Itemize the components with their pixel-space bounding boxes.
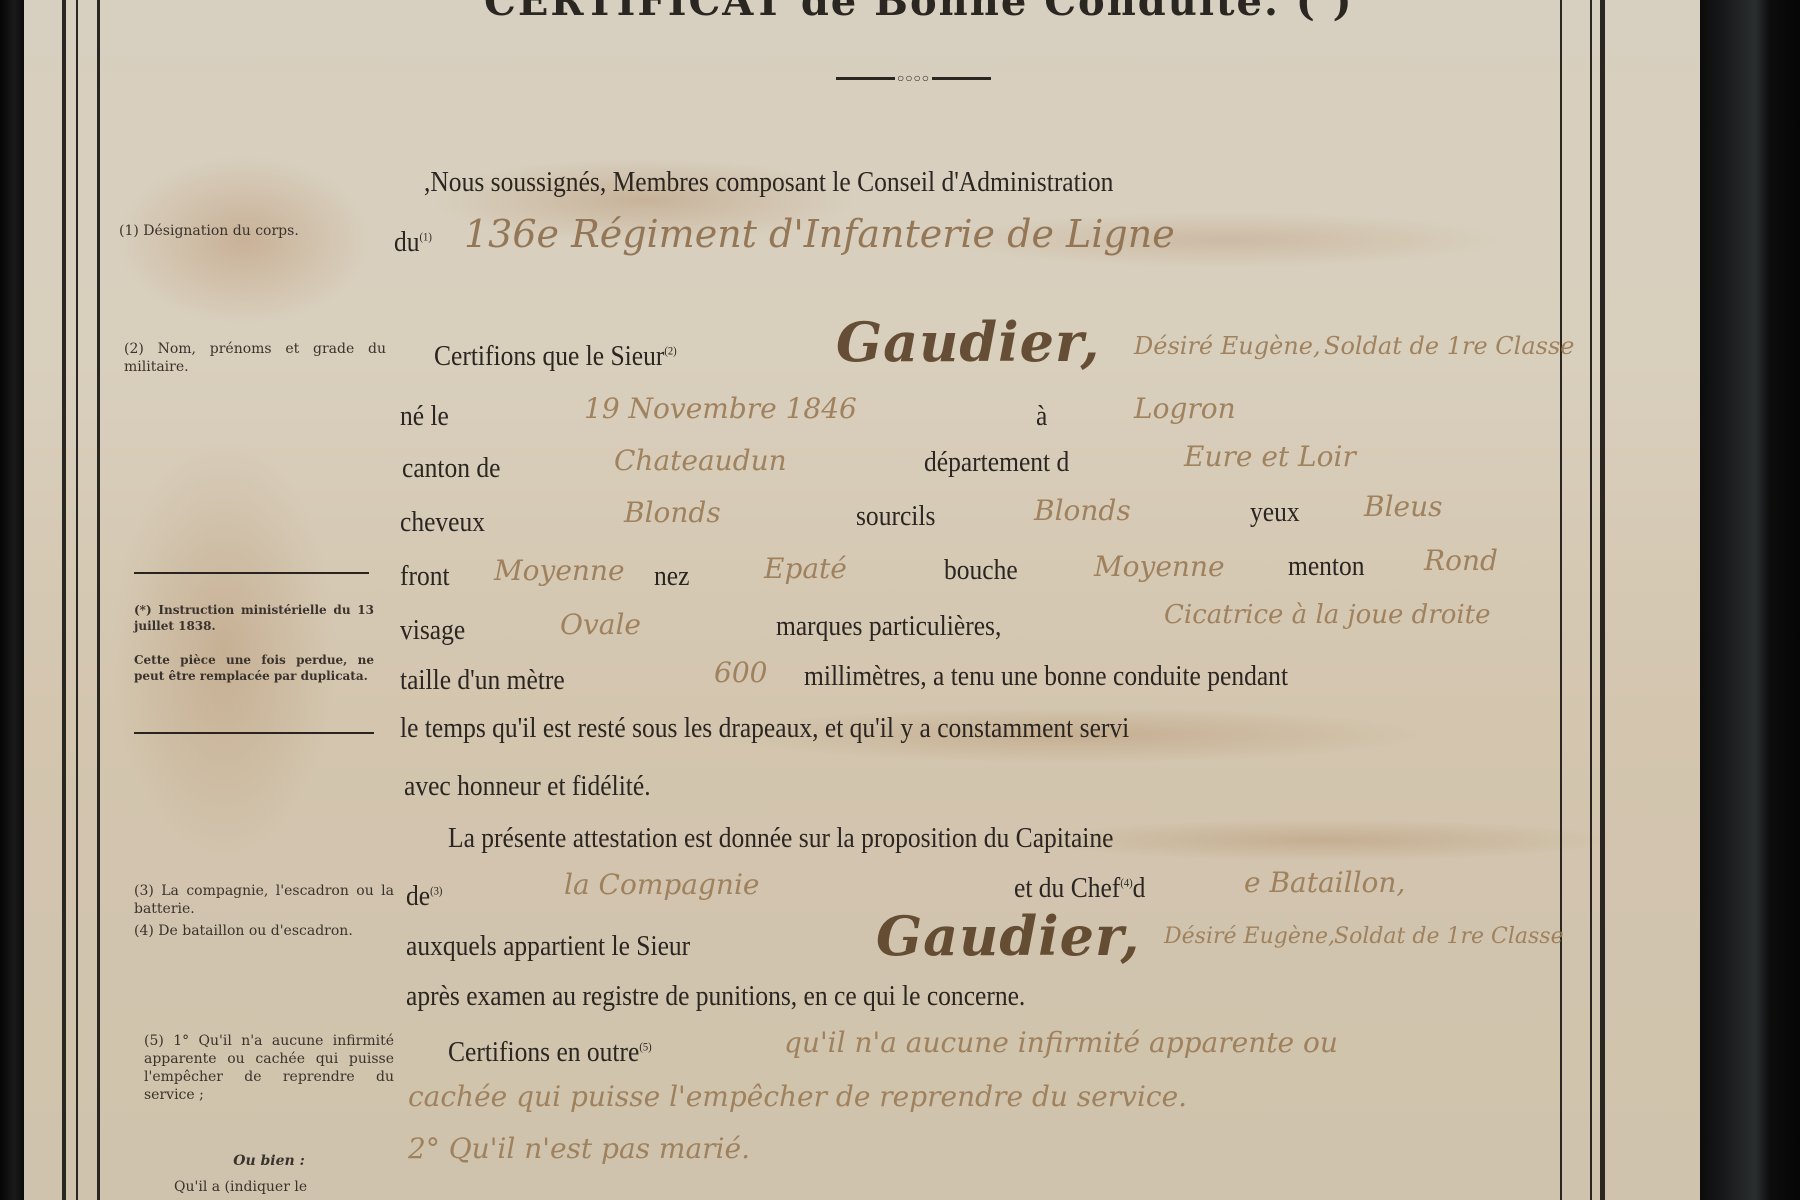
margin-note-1: (1) Désignation du corps.: [119, 222, 384, 240]
field-front: Moyenne: [494, 554, 625, 587]
margin-note-4: (4) De bataillon ou d'escadron.: [134, 922, 394, 940]
label-cheveux: cheveux: [400, 506, 485, 539]
field-birth-place: Logron: [1134, 392, 1236, 425]
divider: [134, 572, 369, 574]
border-rule: [1600, 0, 1605, 1200]
margin-note-duplicata: Cette pièce une fois perdue, ne peut êtr…: [134, 652, 374, 684]
label-yeux: yeux: [1250, 496, 1300, 529]
border-rule: [62, 0, 66, 1200]
field-outre-1: qu'il n'a aucune infirmité apparente ou: [784, 1026, 1338, 1059]
label-marques: marques particulières,: [776, 610, 1001, 643]
divider: [134, 732, 374, 734]
field-yeux: Bleus: [1364, 490, 1443, 523]
certificate-title: CERTIFICAT de Bonne Conduite. ( ): [484, 0, 1524, 25]
border-rule: [97, 0, 100, 1200]
field-taille: 600: [714, 656, 767, 689]
field-cheveux: Blonds: [624, 496, 721, 529]
field-departement: Eure et Loir: [1184, 440, 1356, 473]
certificate-paper: CERTIFICAT de Bonne Conduite. ( ) ○○○○ (…: [24, 0, 1700, 1200]
label-de: de(3): [406, 880, 442, 913]
field-chef: e Bataillon,: [1244, 866, 1405, 899]
picture-frame-left: [0, 0, 24, 1200]
field-birth-date: 19 Novembre 1846: [584, 392, 857, 425]
field-regiment: 136e Régiment d'Infanterie de Ligne: [464, 212, 1175, 256]
label-taille: taille d'un mètre: [400, 664, 565, 697]
margin-note-5: (5) 1° Qu'il n'a aucune infirmité appare…: [144, 1032, 394, 1104]
text-apres: après examen au registre de punitions, e…: [406, 980, 1025, 1013]
field-sourcils: Blonds: [1034, 494, 1131, 527]
field-marques: Cicatrice à la joue droite: [1164, 600, 1491, 630]
field-canton: Chateaudun: [614, 444, 787, 477]
ornament-icon: ○○○○: [895, 71, 932, 86]
label-du: du(1): [394, 226, 432, 259]
margin-note-ou-bien: Ou bien :: [144, 1152, 394, 1170]
field-given-names: Désiré Eugène,: [1134, 332, 1321, 360]
margin-note-instruction: (*) Instruction ministérielle du 13 juil…: [134, 602, 374, 634]
text-temps: le temps qu'il est resté sous les drapea…: [400, 712, 1129, 745]
field-visage: Ovale: [560, 608, 641, 641]
label-a: à: [1036, 400, 1047, 433]
label-menton: menton: [1288, 550, 1365, 583]
ornament-divider: ○○○○: [836, 72, 991, 84]
text-taille-suite: millimètres, a tenu une bonne conduite p…: [804, 660, 1288, 693]
label-visage: visage: [400, 614, 465, 647]
margin-note-3: (3) La compagnie, l'escadron ou la batte…: [134, 882, 394, 918]
field-surname: Gaudier,: [836, 310, 1100, 374]
label-sourcils: sourcils: [856, 500, 935, 533]
label-outre: Certifions en outre(5): [448, 1036, 652, 1069]
field-given-names-2: Désiré Eugène,: [1164, 924, 1335, 949]
field-rank-2: Soldat de 1re Classe: [1334, 924, 1564, 949]
field-outre-3: 2° Qu'il n'est pas marié.: [408, 1132, 750, 1165]
border-rule: [76, 0, 78, 1200]
border-rule: [1560, 0, 1562, 1200]
label-departement: département d: [924, 446, 1069, 479]
label-auxquels: auxquels appartient le Sieur: [406, 930, 690, 963]
label-bouche: bouche: [944, 554, 1018, 587]
intro-line: ,Nous soussignés, Membres composant le C…: [424, 166, 1113, 199]
label-chef: et du Chef(4)d: [1014, 872, 1145, 905]
text-attestation: La présente attestation est donnée sur l…: [448, 822, 1113, 855]
label-canton: canton de: [402, 452, 500, 485]
field-capitaine: la Compagnie: [564, 868, 759, 901]
field-bouche: Moyenne: [1094, 550, 1225, 583]
field-surname-2: Gaudier,: [876, 904, 1140, 968]
border-rule: [1590, 0, 1592, 1200]
field-rank: Soldat de 1re Classe: [1324, 332, 1574, 360]
label-ne-le: né le: [400, 400, 449, 433]
field-menton: Rond: [1424, 544, 1498, 577]
margin-note-indiquer: Qu'il a (indiquer le: [174, 1178, 404, 1196]
picture-frame-right: [1700, 0, 1800, 1200]
label-certifions: Certifions que le Sieur(2): [434, 340, 677, 373]
text-honneur: avec honneur et fidélité.: [404, 770, 651, 803]
field-outre-2: cachée qui puisse l'empêcher de reprendr…: [408, 1080, 1187, 1113]
margin-note-2: (2) Nom, prénoms et grade du militaire.: [124, 340, 386, 376]
label-nez: nez: [654, 560, 689, 593]
field-nez: Epaté: [764, 552, 847, 585]
label-front: front: [400, 560, 450, 593]
